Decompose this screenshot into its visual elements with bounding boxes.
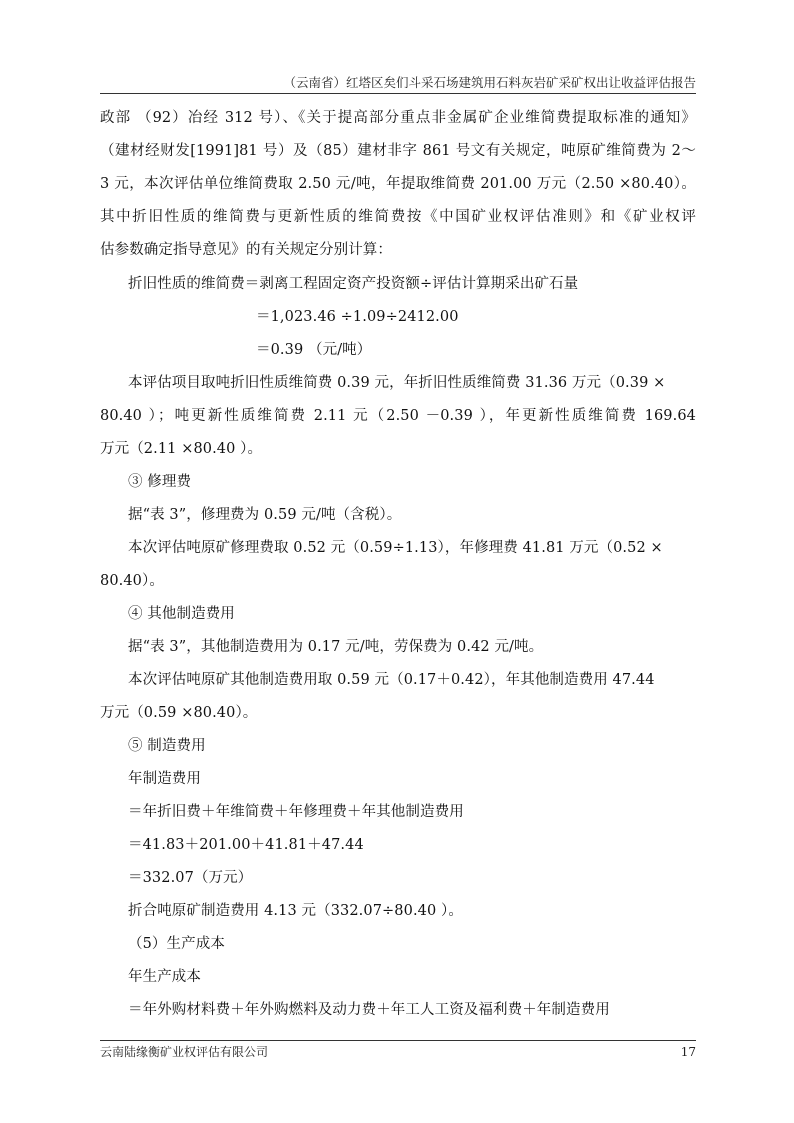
report-title: （云南省）红塔区矣们斗采石场建筑用石料灰岩矿采矿权出让收益评估报告 (283, 75, 696, 90)
text-line: 折旧性质的维简费＝剥离工程固定资产投资额÷评估计算期采出矿石量 (128, 274, 578, 294)
text-line: 80.40 ）；吨更新性质维简费 2.11 元（2.50 －0.39 ），年更新… (100, 406, 696, 426)
text-line: ＝年折旧费＋年维简费＋年修理费＋年其他制造费用 (128, 802, 464, 822)
text-line: 据“表 3”，修理费为 0.59 元/吨（含税）。 (128, 505, 401, 525)
text-line: 其中折旧性质的维简费与更新性质的维简费按《中国矿业权评估准则》和《矿业权评 (100, 207, 696, 227)
text-line: ④ 其他制造费用 (128, 604, 235, 624)
text-line: ③ 修理费 (128, 472, 191, 492)
text-line: 3 元，本次评估单位维简费取 2.50 元/吨，年提取维简费 201.00 万元… (100, 174, 696, 194)
page-number: 17 (681, 1043, 696, 1061)
text-line: 万元（0.59 ×80.40）。 (100, 703, 257, 723)
text-line: ＝41.83＋201.00＋41.81＋47.44 (128, 835, 364, 855)
text-line: ＝332.07（万元） (128, 868, 252, 888)
text-line: 折合吨原矿制造费用 4.13 元（332.07÷80.40 ）。 (128, 901, 463, 921)
page-footer: 云南陆缘衡矿业权评估有限公司 17 (100, 1040, 696, 1061)
text-line: （5）生产成本 (128, 934, 225, 954)
text-line: 本次评估吨原矿其他制造费用取 0.59 元（0.17＋0.42），年其他制造费用… (128, 670, 655, 690)
company-name: 云南陆缘衡矿业权评估有限公司 (100, 1043, 268, 1061)
text-line: 本评估项目取吨折旧性质维简费 0.39 元，年折旧性质维简费 31.36 万元（… (128, 373, 665, 393)
text-line: 据“表 3”，其他制造费用为 0.17 元/吨，劳保费为 0.42 元/吨。 (128, 637, 543, 657)
text-line: ＝年外购材料费＋年外购燃料及动力费＋年工人工资及福利费＋年制造费用 (128, 1000, 610, 1020)
text-line: ＝0.39 （元/吨） (256, 340, 371, 360)
text-line: 年制造费用 (128, 769, 201, 789)
text-line: 估参数确定指导意见》的有关规定分别计算： (100, 240, 392, 260)
text-line: 本次评估吨原矿修理费取 0.52 元（0.59÷1.13），年修理费 41.81… (128, 538, 663, 558)
text-line: ＝1,023.46 ÷1.09÷2412.00 (256, 307, 459, 327)
text-line: 年生产成本 (128, 967, 201, 987)
text-line: （建材经财发[1991]81 号）及（85）建材非字 861 号文有关规定，吨原… (100, 141, 696, 161)
text-line: ⑤ 制造费用 (128, 736, 206, 756)
text-line: 80.40）。 (100, 571, 164, 591)
text-line: 政部 （92）冶经 312 号）、《关于提高部分重点非金属矿企业维简费提取标准的… (100, 108, 696, 128)
text-line: 万元（2.11 ×80.40 ）。 (100, 439, 262, 459)
page-header: （云南省）红塔区矣们斗采石场建筑用石料灰岩矿采矿权出让收益评估报告 (100, 75, 696, 94)
